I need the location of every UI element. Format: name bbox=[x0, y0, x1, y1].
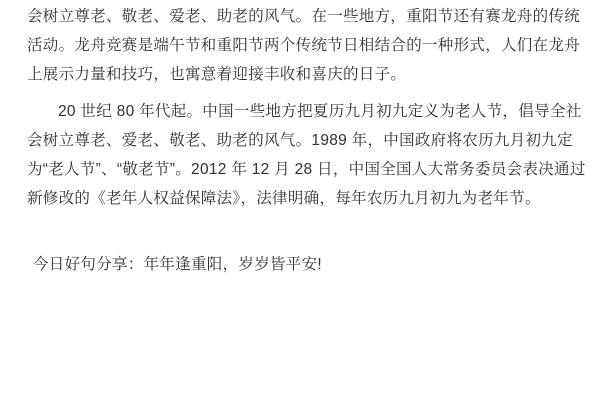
text-line: 为“老人节”、“敬老节”。2012 年 12 月 28 日，中国全国人大常务委员… bbox=[27, 155, 582, 184]
text-line: 新修改的《老年人权益保障法》，法律明确，每年农历九月初九为老年节。 bbox=[27, 184, 582, 213]
document-page: 会树立尊老、敬老、爱老、助老的风气。在一些地方，重阳节还有赛龙舟的传统 活动。龙… bbox=[0, 0, 600, 400]
text-line: 活动。龙舟竞赛是端午节和重阳节两个传统节日相结合的一种形式，人们在龙舟 bbox=[27, 31, 582, 60]
paragraph-seniors-day: 20 世纪 80 年代起。中国一些地方把夏历九月初九定义为老人节，倡导全社 会树… bbox=[27, 97, 582, 213]
paragraph-dragon-boat: 会树立尊老、敬老、爱老、助老的风气。在一些地方，重阳节还有赛龙舟的传统 活动。龙… bbox=[27, 2, 582, 89]
text-line: 今日好句分享：年年逢重阳，岁岁皆平安! bbox=[33, 250, 582, 279]
text-line: 会树立尊老、敬老、爱老、助老的风气。在一些地方，重阳节还有赛龙舟的传统 bbox=[27, 2, 582, 31]
text-line: 上展示力量和技巧，也寓意着迎接丰收和喜庆的日子。 bbox=[27, 60, 582, 89]
text-line: 会树立尊老、爱老、敬老、助老的风气。1989 年，中国政府将农历九月初九定 bbox=[27, 126, 582, 155]
text-line: 20 世纪 80 年代起。中国一些地方把夏历九月初九定义为老人节，倡导全社 bbox=[27, 97, 582, 126]
closing-quote-line: 今日好句分享：年年逢重阳，岁岁皆平安! bbox=[27, 250, 582, 279]
